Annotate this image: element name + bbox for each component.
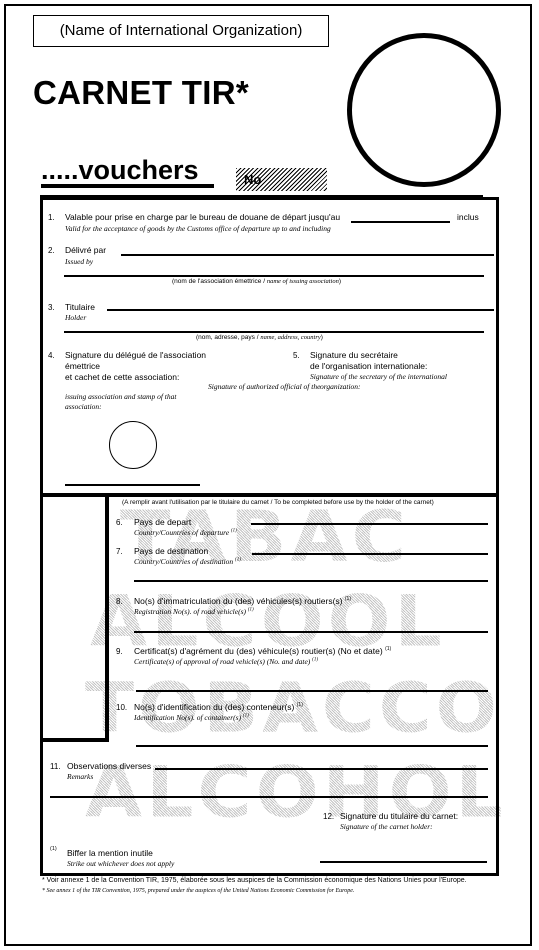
field-6-label-fr: Pays de depart (134, 517, 191, 527)
association-stamp-circle (109, 421, 157, 469)
footnote-en: * See annex 1 of the TIR Convention, 197… (42, 888, 354, 894)
document-title: CARNET TIR* (33, 74, 249, 112)
field-2-caption-fr: (nom de l'association émettrice / (172, 278, 267, 285)
organization-name-box: (Name of International Organization) (33, 15, 329, 47)
field-9-number: 9. (116, 647, 123, 656)
field-9-label-en-text: Certificate(s) of approval of road vehic… (134, 657, 310, 666)
stamp-circle (347, 33, 501, 187)
field-5-label-en-1: Signature of the secretary of the intern… (310, 372, 447, 381)
field-11-input-line-2[interactable] (50, 796, 488, 798)
field-10-input-line[interactable] (136, 745, 488, 747)
field-8-label-en-text: Registration No(s). of road vehicle(s) (134, 607, 246, 616)
footnote-fr: * Voir annexe 1 de la Convention TIR, 19… (42, 877, 467, 884)
field-8-sup-fr: (1) (345, 596, 351, 602)
field-7-input-line-2[interactable] (134, 580, 488, 582)
field-2-input-line[interactable] (121, 254, 494, 256)
field-2-caption-end: ) (339, 278, 341, 285)
field-8-label-fr: No(s) d'immatriculation du (des) véhicul… (134, 596, 351, 606)
field-11-input-line[interactable] (155, 768, 488, 770)
field-1-label-fr: Valable pour prise en charge par le bure… (65, 212, 340, 222)
field-4-number: 4. (48, 351, 55, 360)
field-10-label-fr: No(s) d'identification du (des) conteneu… (134, 702, 303, 712)
field-12-label-fr: Signature du titulaire du carnet: (340, 811, 458, 821)
field-1-input-line[interactable] (351, 221, 450, 223)
field-6-input-line[interactable] (251, 523, 488, 525)
field-7-sup: (1) (235, 558, 241, 563)
field-9-label-en: Certificate(s) of approval of road vehic… (134, 657, 318, 666)
organization-name: (Name of International Organization) (60, 22, 303, 39)
field-5-label-en-2: organization: (320, 382, 361, 391)
section-vertical-bar (105, 493, 109, 741)
field-2-caption: (nom de l'association émettrice / name o… (172, 278, 341, 285)
field-10-label-en: Identification No(s). of container(s) (1… (134, 713, 249, 722)
field-7-label-en: Country/Countries of destination (1) (134, 557, 241, 566)
field-3-caption: (nom, adresse, pays / name, address, cou… (196, 334, 323, 341)
field-3-input-line[interactable] (107, 309, 494, 311)
field-3-caption-fr: (nom, adresse, pays / (196, 334, 260, 341)
field-2-number: 2. (48, 246, 55, 255)
field-3-caption-en: name, address, country (260, 334, 320, 341)
carnet-number-label: No (244, 172, 261, 187)
field-7-label-fr: Pays de destination (134, 546, 208, 556)
carnet-number-box[interactable]: No (236, 168, 327, 191)
vouchers-underline (41, 184, 214, 188)
field-4-label-en-1: Signature of authorized official of the (208, 382, 320, 391)
field-9-label-fr-text: Certificat(s) d'agrément du (des) véhicu… (134, 646, 383, 656)
field-3-label-fr: Titulaire (65, 302, 95, 312)
note-1-en: Strike out whichever does not apply (67, 859, 174, 868)
field-7-input-line[interactable] (252, 553, 488, 555)
field-12-number: 12. (323, 812, 334, 821)
vouchers-label: .....vouchers (41, 155, 199, 186)
field-2-label-fr: Délivré par (65, 245, 106, 255)
field-1-number: 1. (48, 213, 55, 222)
field-8-number: 8. (116, 597, 123, 606)
field-11-label-fr: Observations diverses (67, 761, 151, 771)
field-4-label-fr-1: Signature du délégué de l'association (65, 350, 206, 360)
field-4-label-en-2: issuing association and stamp of that (65, 392, 176, 401)
holder-note: (A remplir avant l'utilisation par le ti… (122, 499, 434, 506)
field-3-label-en: Holder (65, 313, 86, 322)
field-8-label-en: Registration No(s). of road vehicle(s) (… (134, 607, 254, 616)
note-1-mark: (1) (50, 846, 57, 852)
field-4-label-fr-3: et cachet de cette association: (65, 372, 179, 382)
field-1-suffix: inclus (457, 212, 479, 222)
field-10-label-en-text: Identification No(s). of container(s) (134, 713, 241, 722)
field-6-sup: (1) (231, 529, 237, 534)
field-6-label-en-text: Country/Countries of departure (134, 528, 229, 537)
field-10-sup-en: (1) (243, 714, 249, 719)
note-1-fr: Biffer la mention inutile (67, 848, 153, 858)
field-8-sup-en: (1) (248, 608, 254, 613)
field-3-number: 3. (48, 303, 55, 312)
field-7-label-en-text: Country/Countries of destination (134, 557, 233, 566)
field-2-label-en: Issued by (65, 257, 93, 266)
field-4-label-fr-2: émettrice (65, 361, 100, 371)
field-7-number: 7. (116, 547, 123, 556)
field-8-input-line[interactable] (134, 631, 488, 633)
field-2-caption-en: name of issuing association (267, 278, 339, 285)
field-2-input-line-2[interactable] (64, 275, 484, 277)
field-9-sup-en: (1) (312, 658, 318, 663)
field-10-sup-fr: (1) (297, 702, 303, 708)
field-3-input-line-2[interactable] (64, 331, 484, 333)
field-6-label-en: Country/Countries of departure (1) (134, 528, 237, 537)
field-1-label-en: Valid for the acceptance of goods by the… (65, 224, 331, 233)
field-9-sup-fr: (1) (385, 646, 391, 652)
field-10-number: 10. (116, 703, 127, 712)
field-11-number: 11. (50, 762, 61, 771)
field-10-label-fr-text: No(s) d'identification du (des) conteneu… (134, 702, 294, 712)
field-5-label-fr-1: Signature du secrétaire (310, 350, 398, 360)
field-5-number: 5. (293, 351, 300, 360)
field-8-label-fr-text: No(s) d'immatriculation du (des) véhicul… (134, 596, 343, 606)
field-9-label-fr: Certificat(s) d'agrément du (des) véhicu… (134, 646, 391, 656)
field-12-signature-line[interactable] (320, 861, 487, 863)
field-9-input-line[interactable] (136, 690, 488, 692)
section-horizontal-bar (40, 738, 109, 742)
field-11-label-en: Remarks (67, 772, 93, 781)
field-4-label-en-3: association: (65, 402, 102, 411)
field-12-label-en: Signature of the carnet holder: (340, 822, 433, 831)
field-5-label-fr-2: de l'organisation internationale: (310, 361, 427, 371)
field-4-signature-line[interactable] (65, 484, 200, 486)
field-3-caption-end: ) (321, 334, 323, 341)
field-6-number: 6. (116, 518, 123, 527)
